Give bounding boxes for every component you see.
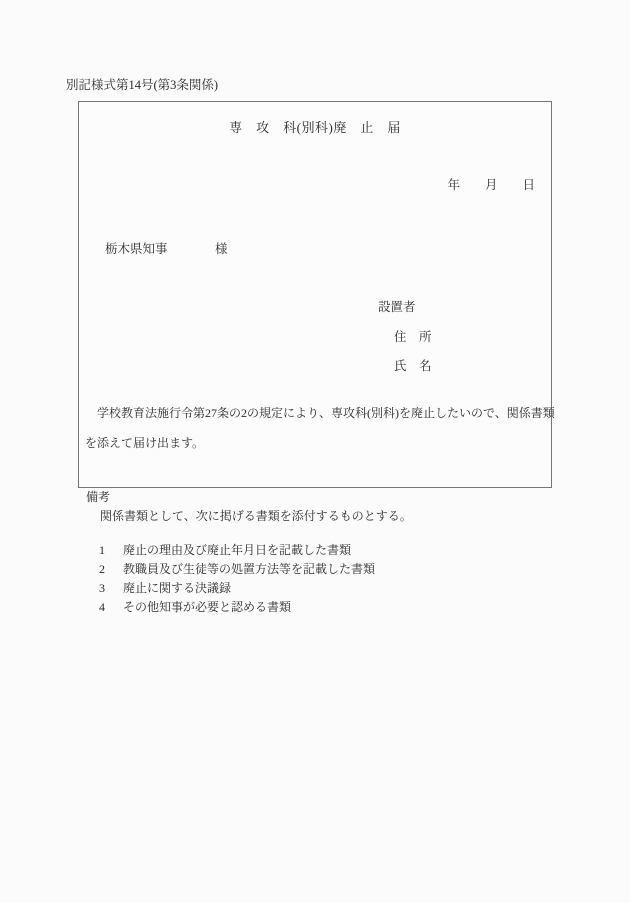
note-item-number: 2 (99, 562, 123, 577)
note-item: 4その他知事が必要と認める書類 (81, 585, 291, 630)
note-item: 3廃止に関する決議録 (81, 566, 231, 611)
addressee-governor: 栃木県知事 (105, 242, 168, 257)
body-text-line-1: 学校教育法施行令第27条の2の規定により、専攻科(別科)を廃止したいので、関係書… (85, 406, 547, 421)
note-item-text: 廃止に関する決議録 (123, 581, 231, 595)
form-title: 専 攻 科(別科)廃 止 届 (79, 120, 551, 135)
founder-label: 設置者 (378, 300, 416, 315)
note-item: 2教職員及び生徒等の処置方法等を記載した書類 (81, 547, 375, 592)
address-label: 住 所 (394, 330, 432, 345)
document-page: 別記様式第14号(第3条関係) 専 攻 科(別科)廃 止 届 年 月 日 栃木県… (0, 0, 630, 903)
notification-form-box: 専 攻 科(別科)廃 止 届 年 月 日 栃木県知事 様 設置者 住 所 氏 名… (78, 101, 552, 488)
body-text-line-2: を添えて届け出ます。 (85, 436, 204, 451)
addressee-honorific: 様 (215, 242, 228, 257)
note-item: 1廃止の理由及び廃止年月日を記載した書類 (81, 528, 351, 573)
note-item-number: 4 (99, 600, 123, 615)
notes-intro: 関係書類として、次に掲げる書類を添付するものとする。 (100, 509, 412, 524)
note-item-text: 廃止の理由及び廃止年月日を記載した書類 (123, 543, 351, 557)
notes-heading: 備考 (86, 490, 110, 505)
note-item-number: 3 (99, 581, 123, 596)
name-label: 氏 名 (394, 359, 432, 374)
note-item-number: 1 (99, 543, 123, 558)
date-line: 年 月 日 (447, 178, 535, 193)
form-number-label: 別記様式第14号(第3条関係) (66, 78, 218, 93)
note-item-text: その他知事が必要と認める書類 (123, 600, 291, 614)
note-item-text: 教職員及び生徒等の処置方法等を記載した書類 (123, 562, 375, 576)
